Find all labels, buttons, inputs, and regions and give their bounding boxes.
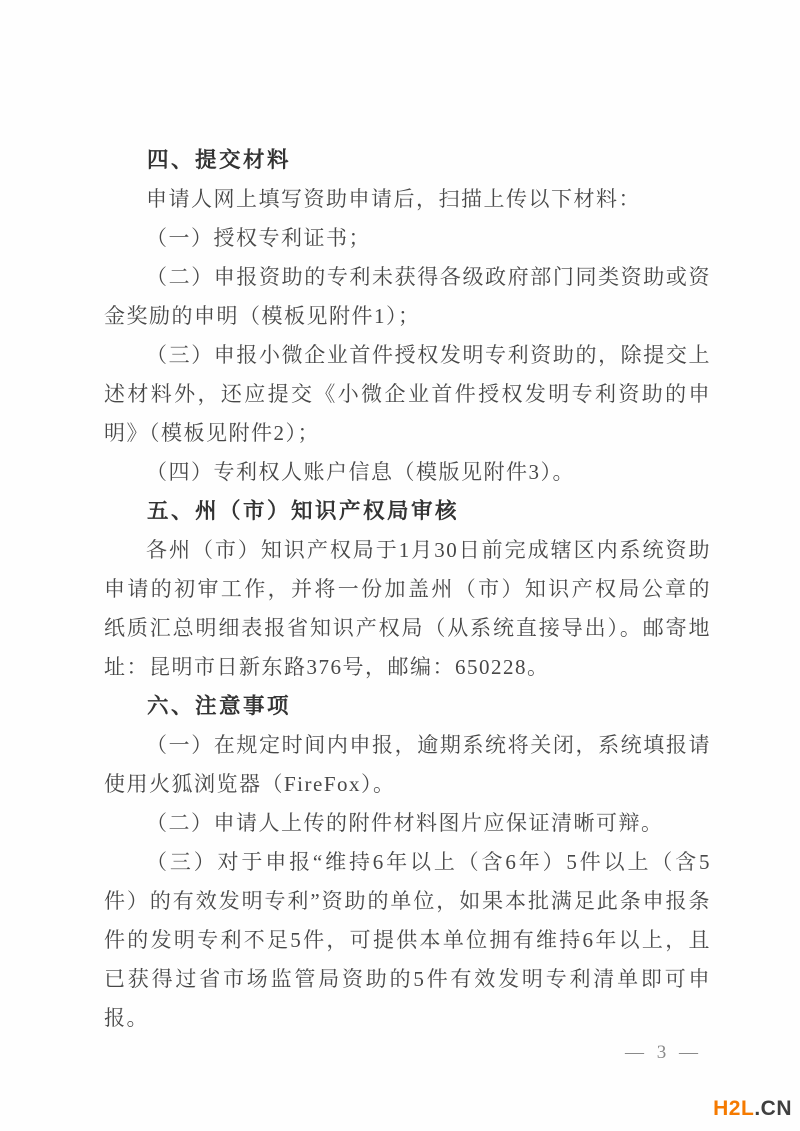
section-heading-5-ipo-review: 五、州（市）知识产权局审核 [104, 492, 711, 531]
watermark-text-secondary: .CN [754, 1097, 792, 1120]
document-body: 四、提交材料 申请人网上填写资助申请后，扫描上传以下材料： （一）授权专利证书；… [104, 141, 711, 1038]
paragraph: （三）对于申报“维持6年以上（含6年）5件以上（含5件）的有效发明专利”资助的单… [104, 843, 711, 1038]
section-heading-4-submit-materials: 四、提交材料 [104, 141, 711, 180]
section-heading-6-notes: 六、注意事项 [104, 687, 711, 726]
paragraph: （二）申报资助的专利未获得各级政府部门同类资助或资金奖励的申明（模板见附件1）； [104, 258, 711, 336]
document-page: 四、提交材料 申请人网上填写资助申请后，扫描上传以下材料： （一）授权专利证书；… [0, 0, 800, 1131]
paragraph: 各州（市）知识产权局于1月30日前完成辖区内系统资助申请的初审工作，并将一份加盖… [104, 531, 711, 687]
paragraph: （一）授权专利证书； [104, 219, 711, 258]
watermark-logo: H2L.CN [713, 1097, 792, 1121]
paragraph: （一）在规定时间内申报，逾期系统将关闭，系统填报请使用火狐浏览器（FireFox… [104, 726, 711, 804]
paragraph: （二）申请人上传的附件材料图片应保证清晰可辩。 [104, 804, 711, 843]
paragraph: （三）申报小微企业首件授权发明专利资助的，除提交上述材料外，还应提交《小微企业首… [104, 336, 711, 453]
page-number: — 3 — [625, 1042, 702, 1064]
paragraph: （四）专利权人账户信息（模版见附件3）。 [104, 453, 711, 492]
paragraph: 申请人网上填写资助申请后，扫描上传以下材料： [104, 180, 711, 219]
watermark-text-primary: H2L [713, 1097, 754, 1120]
